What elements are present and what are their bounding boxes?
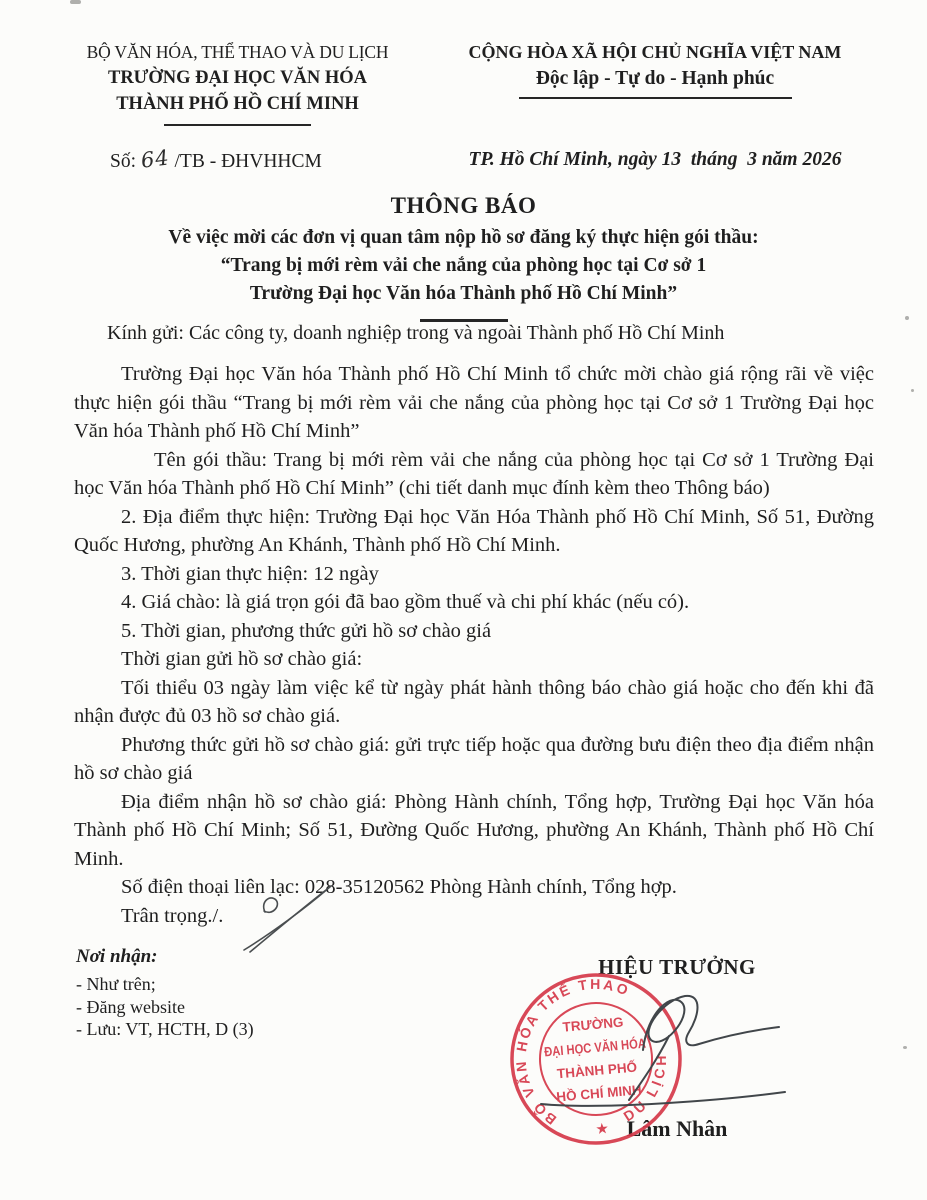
body-text: Trường Đại học Văn hóa Thành phố Hồ Chí …	[74, 360, 874, 930]
republic-title: CỘNG HÒA XÃ HỘI CHỦ NGHĨA VIỆT NAM	[435, 40, 875, 64]
recipients-label: Nơi nhận:	[76, 946, 254, 968]
title-block: THÔNG BÁO Về việc mời các đơn vị quan tâ…	[0, 193, 927, 322]
header-left-underline	[164, 124, 311, 126]
scan-artifact	[903, 1046, 907, 1049]
stamp-star-icon: ★	[595, 1120, 610, 1138]
scanned-document-page: BỘ VĂN HÓA, THỂ THAO VÀ DU LỊCH TRƯỜNG Đ…	[0, 0, 927, 1200]
header-right-underline	[519, 97, 792, 99]
paragraph-intro: Trường Đại học Văn hóa Thành phố Hồ Chí …	[74, 360, 874, 446]
university-name: TRƯỜNG ĐẠI HỌC VĂN HÓA	[35, 65, 440, 91]
closing-line: Trân trọng./.	[74, 902, 874, 931]
subtitle-line-3: Trường Đại học Văn hóa Thành phố Hồ Chí …	[0, 280, 927, 308]
recipient-item-2: - Đăng website	[76, 996, 254, 1019]
scan-artifact	[905, 316, 909, 320]
signature-ink	[535, 988, 795, 1113]
paragraph-item-5-method: 5. Thời gian, phương thức gửi hồ sơ chào…	[74, 617, 874, 646]
university-city: THÀNH PHỐ HỒ CHÍ MINH	[35, 91, 440, 117]
ref-label: Số:	[110, 151, 136, 172]
paragraph-receive-address: Địa điểm nhận hồ sơ chào giá: Phòng Hành…	[74, 788, 874, 874]
paragraph-phone: Số điện thoại liên lạc: 028-35120562 Phò…	[74, 873, 874, 902]
paragraph-item-3-duration: 3. Thời gian thực hiện: 12 ngày	[74, 560, 874, 589]
subtitle-line-1: Về việc mời các đơn vị quan tâm nộp hồ s…	[0, 224, 927, 252]
paragraph-send-method: Phương thức gửi hồ sơ chào giá: gửi trực…	[74, 731, 874, 788]
recipients-block: Nơi nhận: - Như trên; - Đăng website - L…	[76, 946, 254, 1041]
reference-number-line: Số: 64 /TB - ĐHVHHCM	[110, 148, 322, 173]
subtitle-line-2: “Trang bị mới rèm vải che nắng của phòng…	[0, 252, 927, 280]
scan-artifact	[70, 0, 81, 4]
paragraph-item-4-price: 4. Giá chào: là giá trọn gói đã bao gồm …	[74, 588, 874, 617]
place-date-line: TP. Hồ Chí Minh, ngày 13 tháng 3 năm 202…	[435, 149, 875, 171]
issuing-authority-block: BỘ VĂN HÓA, THỂ THAO VÀ DU LỊCH TRƯỜNG Đ…	[35, 40, 440, 126]
salutation-line: Kính gửi: Các công ty, doanh nghiệp tron…	[107, 322, 724, 345]
paragraph-time-detail: Tối thiểu 03 ngày làm việc kể từ ngày ph…	[74, 674, 874, 731]
paragraph-time-label: Thời gian gửi hồ sơ chào giá:	[74, 645, 874, 674]
scan-artifact	[911, 389, 914, 392]
motto-line: Độc lập - Tự do - Hạnh phúc	[435, 64, 875, 93]
recipient-item-1: - Như trên;	[76, 973, 254, 996]
document-title: THÔNG BÁO	[0, 193, 927, 219]
ref-suffix: /TB - ĐHVHHCM	[170, 151, 322, 172]
recipient-item-3: - Lưu: VT, HCTH, D (3)	[76, 1018, 254, 1041]
national-motto-block: CỘNG HÒA XÃ HỘI CHỦ NGHĨA VIỆT NAM Độc l…	[435, 40, 875, 99]
paragraph-package-name: Tên gói thầu: Trang bị mới rèm vải che n…	[74, 446, 874, 503]
ministry-name: BỘ VĂN HÓA, THỂ THAO VÀ DU LỊCH	[35, 40, 440, 65]
ref-handwritten-number: 64	[139, 145, 170, 172]
paragraph-item-2-location: 2. Địa điểm thực hiện: Trường Đại học Vă…	[74, 503, 874, 560]
